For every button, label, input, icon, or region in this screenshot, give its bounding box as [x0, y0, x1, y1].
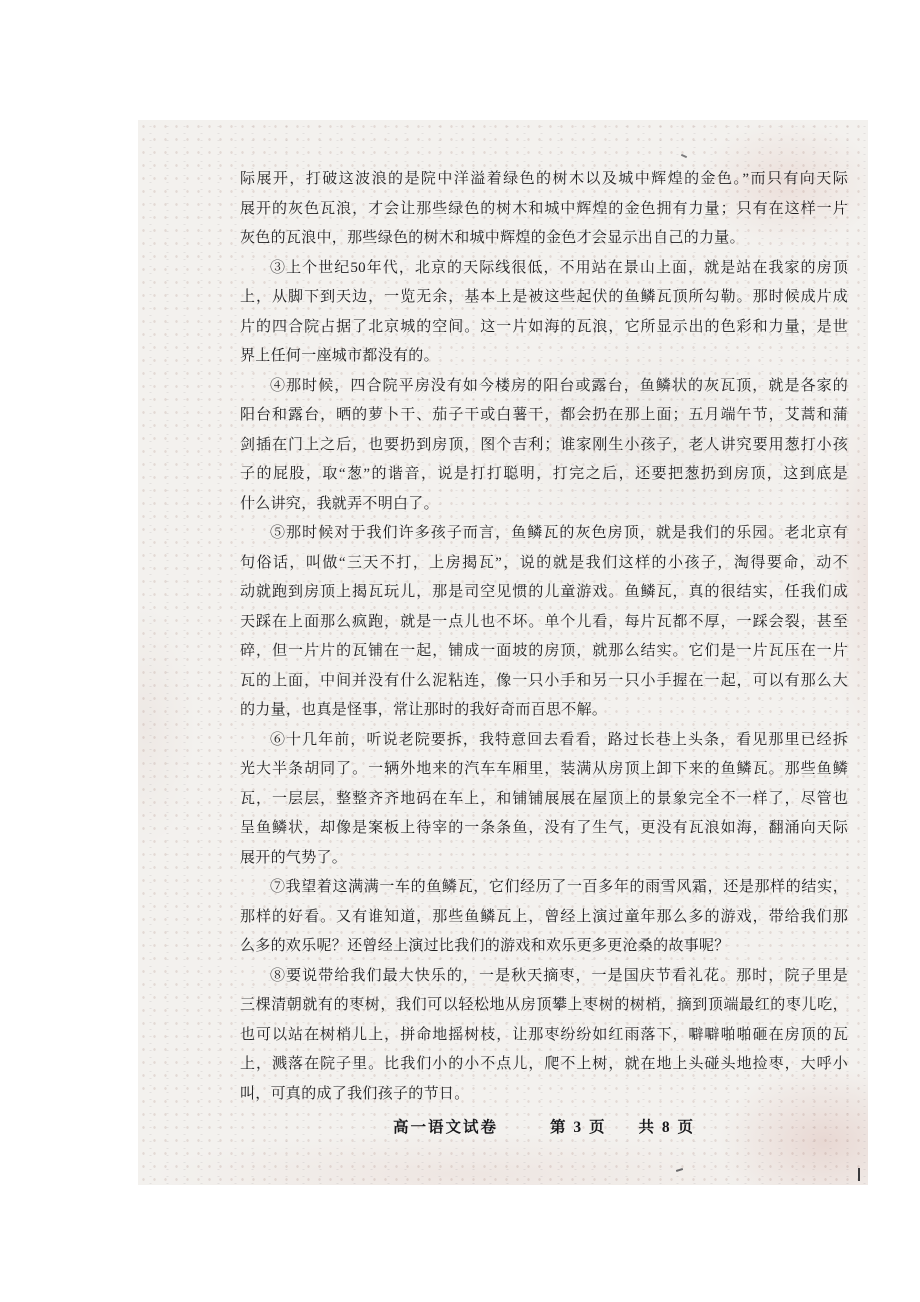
exam-title: 高一语文试卷 [393, 1115, 498, 1137]
text-line: 么多的欢乐呢？还曾经上演过比我们的游戏和欢乐更多更沧桑的故事呢？ [240, 932, 848, 962]
text-line: 三棵清朝就有的枣树，我们可以轻松地从房顶攀上枣树的树梢，摘到顶端最红的枣儿吃， [240, 991, 848, 1021]
text-line: 什么讲究，我就弄不明白了。 [240, 490, 848, 520]
page-number: 第 3 页 [550, 1115, 607, 1137]
text-line: 碎，但一片片的瓦铺在一起，铺成一面坡的房顶，就那么结实。它们是一片瓦压在一片 [240, 637, 848, 667]
text-line: 剑插在门上之后，也要扔到房顶，图个吉利；谁家刚生小孩子，老人讲究要用葱打小孩 [240, 431, 848, 461]
scan-artifact-mark [676, 1168, 683, 1172]
text-line: 句俗话，叫做“三天不打，上房揭瓦”，说的就是我们这样的小孩子，淘得要命，动不 [240, 549, 848, 579]
text-line: 灰色的瓦浪中，那些绿色的树木和城中辉煌的金色才会显示出自己的力量。 [240, 224, 848, 254]
text-line: 际展开，打破这波浪的是院中洋溢着绿色的树木以及城中辉煌的金色。”而只有向天际 [240, 165, 848, 195]
text-line: ⑥十几年前，听说老院要拆，我特意回去看看，路过长巷上头条，看见那里已经拆 [240, 726, 848, 756]
text-line: 上，从脚下到天边，一览无余，基本上是被这些起伏的鱼鳞瓦顶所勾勒。那时候成片成 [240, 283, 848, 313]
text-line: 那样的好看。又有谁知道，那些鱼鳞瓦上，曾经上演过童年那么多的游戏，带给我们那 [240, 903, 848, 933]
text-line: 瓦的上面，中间并没有什么泥粘连，像一只小手和另一只小手握在一起，可以有那么大 [240, 667, 848, 697]
text-line: 阳台和露台，晒的萝卜干、茄子干或白薯干，都会扔在那上面；五月端午节，艾蒿和蒲 [240, 401, 848, 431]
text-line: 呈鱼鳞状，却像是案板上待宰的一条条鱼，没有了生气，更没有瓦浪如海，翻涌向天际 [240, 814, 848, 844]
text-line: ⑦我望着这满满一车的鱼鳞瓦，它们经历了一百多年的雨雪风霜，还是那样的结实， [240, 873, 848, 903]
total-pages: 共 8 页 [639, 1115, 696, 1137]
page-footer: 高一语文试卷 第 3 页 共 8 页 [240, 1115, 848, 1137]
text-line: 片的四合院占据了北京城的空间。这一片如海的瓦浪，它所显示出的色彩和力量，是世 [240, 313, 848, 343]
text-line: 展开的气势了。 [240, 844, 848, 874]
text-line: 天踩在上面那么疯跑，就是一点儿也不坏。单个儿看，每片瓦都不厚，一踩会裂，甚至 [240, 608, 848, 638]
text-line: 也可以站在树梢儿上，拼命地摇树枝，让那枣纷纷如红雨落下，噼噼啪啪砸在房顶的瓦 [240, 1021, 848, 1051]
text-line: 界上任何一座城市都没有的。 [240, 342, 848, 372]
text-line: 动就跑到房顶上揭瓦玩儿，那是司空见惯的儿童游戏。鱼鳞瓦，真的很结实，任我们成 [240, 578, 848, 608]
text-line: ⑤那时候对于我们许多孩子而言，鱼鳞瓦的灰色房顶，就是我们的乐园。老北京有 [240, 519, 848, 549]
text-line: 光大半条胡同了。一辆外地来的汽车车厢里，装满从房顶上卸下来的鱼鳞瓦。那些鱼鳞 [240, 755, 848, 785]
text-line: ③上个世纪50年代，北京的天际线很低，不用站在景山上面，就是站在我家的房顶 [240, 254, 848, 284]
passage-body: 际展开，打破这波浪的是院中洋溢着绿色的树木以及城中辉煌的金色。”而只有向天际展开… [240, 165, 848, 1109]
text-line: 叫，可真的成了我们孩子的节日。 [240, 1080, 848, 1110]
text-line: ⑧要说带给我们最大快乐的，一是秋天摘枣，一是国庆节看礼花。那时，院子里是 [240, 962, 848, 992]
scan-artifact-tick [858, 1168, 860, 1181]
scan-artifact-mark [681, 154, 687, 158]
text-line: 的力量，也真是怪事，常让那时的我好奇而百思不解。 [240, 696, 848, 726]
text-line: 子的屁股，取“葱”的谐音，说是打打聪明，打完之后，还要把葱扔到房顶，这到底是 [240, 460, 848, 490]
text-line: 上，溅落在院子里。比我们小的小不点儿，爬不上树，就在地上头碰头地捡枣，大呼小 [240, 1050, 848, 1080]
text-line: ④那时候，四合院平房没有如今楼房的阳台或露台，鱼鳞状的灰瓦顶，就是各家的 [240, 372, 848, 402]
text-line: 瓦，一层层，整整齐齐地码在车上，和铺铺展展在屋顶上的景象完全不一样了，尽管也 [240, 785, 848, 815]
exam-paper-scan-page: 际展开，打破这波浪的是院中洋溢着绿色的树木以及城中辉煌的金色。”而只有向天际展开… [138, 120, 868, 1185]
text-line: 展开的灰色瓦浪，才会让那些绿色的树木和城中辉煌的金色拥有力量；只有在这样一片 [240, 195, 848, 225]
